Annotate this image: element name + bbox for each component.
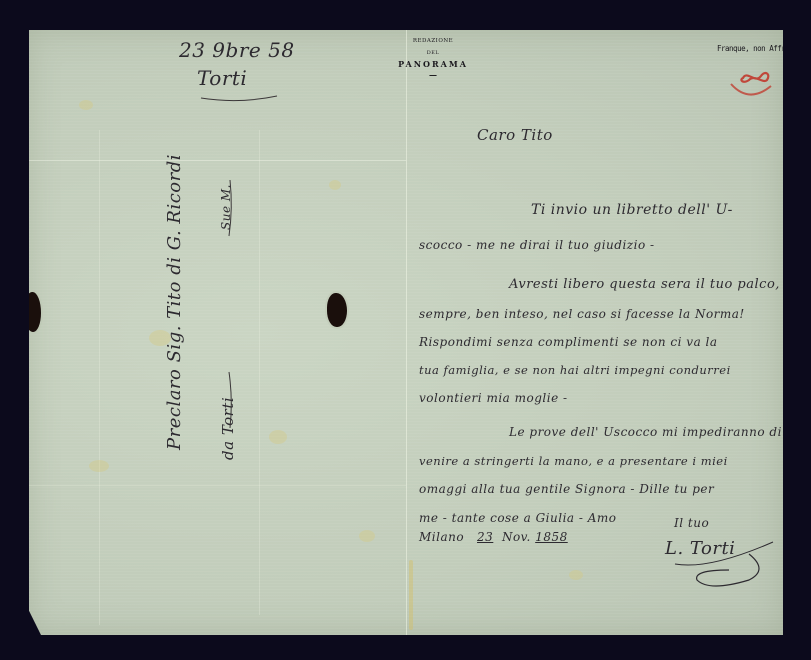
fold-line — [29, 485, 406, 486]
letter-line: Le prove dell' Uscocco mi impediranno di — [509, 425, 782, 439]
letter-date-day: 23 — [477, 530, 493, 544]
letter-line: me - tante cose a Giulia - Amo — [419, 511, 617, 525]
letter-closing: Il tuo — [674, 516, 709, 530]
letterhead-rule: — — [393, 70, 473, 80]
letter-place: Milano — [419, 530, 464, 544]
corner-stamp-text: Franque, non Affranc. — [717, 44, 801, 53]
stain — [569, 570, 583, 580]
letterhead-line1: REDAZIONE — [393, 38, 473, 44]
stain — [269, 430, 287, 444]
letter-date: Milano 23 Nov. 1858 — [419, 530, 568, 544]
letter-line: sempre, ben inteso, nel caso si facesse … — [419, 307, 745, 321]
letter-salutation: Caro Tito — [477, 126, 553, 144]
stain-streak — [409, 560, 413, 630]
letter-line: volontieri mia moglie - — [419, 391, 568, 405]
letter-line: scocco - me ne dirai il tuo giudizio - — [419, 238, 655, 252]
stain — [359, 530, 375, 542]
docket-flourish — [199, 92, 279, 104]
letter-date-year: 1858 — [535, 530, 568, 544]
seal-hole — [327, 293, 347, 327]
letter-line: Rispondimi senza complimenti se non ci v… — [419, 335, 718, 349]
stain — [79, 100, 93, 110]
letter-line: Avresti libero questa sera il tuo palco, — [509, 277, 780, 292]
docket-date: 23 9bre 58 — [179, 38, 295, 62]
letterhead-title: PANORAMA — [393, 59, 473, 69]
letterhead-line2: DEL — [393, 50, 473, 56]
fold-line — [259, 130, 260, 615]
address-recipient: Preclaro Sig. Tito di G. Ricordi — [164, 154, 185, 450]
stain — [89, 460, 109, 472]
address-flourish — [225, 370, 235, 430]
red-infinity-mark-icon — [727, 68, 777, 100]
center-fold-line — [406, 30, 407, 635]
letter-line: venire a stringerti la mano, e a present… — [419, 454, 728, 468]
seal-hole — [25, 292, 41, 332]
stain — [329, 180, 341, 190]
letter-line: omaggi alla tua gentile Signora - Dille … — [419, 482, 714, 496]
fold-line — [99, 130, 100, 625]
docket-name: Torti — [197, 66, 247, 90]
address-flourish — [225, 178, 235, 238]
letter-line: Ti invio un libretto dell' U- — [531, 202, 733, 218]
fold-line — [29, 160, 406, 161]
letter-paper: 23 9bre 58 Torti REDAZIONE DEL PANORAMA … — [29, 30, 783, 635]
signature-flourish — [669, 530, 779, 590]
letter-date-month: Nov. — [502, 530, 531, 544]
letter-line: tua famiglia, e se non hai altri impegni… — [419, 363, 731, 377]
